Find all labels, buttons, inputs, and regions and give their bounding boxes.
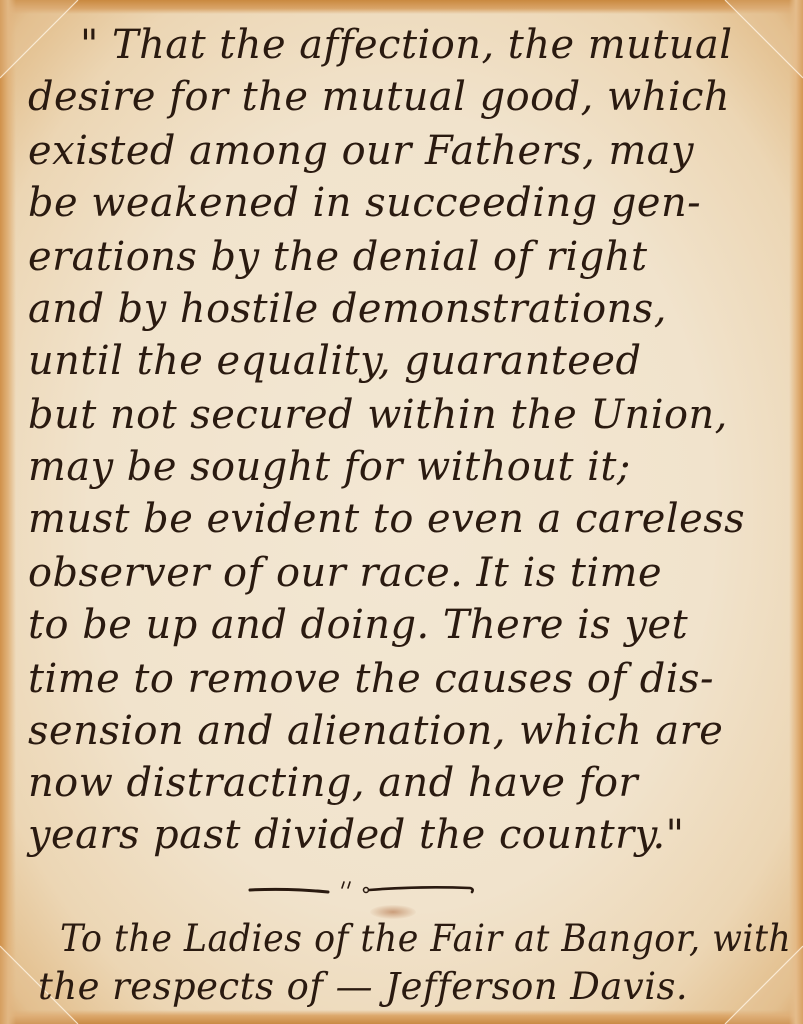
quote-line: existed among our Fathers, may xyxy=(28,126,791,176)
quote-line: years past divided the country." xyxy=(28,810,791,860)
quote-line: now distracting, and have for xyxy=(28,758,791,808)
signature-line: the respects of — Jefferson Davis. xyxy=(38,962,791,1012)
quote-line: desire for the mutual good, which xyxy=(28,72,791,122)
quote-line: until the equality, guaranteed xyxy=(28,336,791,386)
quote-line: sension and alienation, which are xyxy=(28,706,791,756)
quote-line: to be up and doing. There is yet xyxy=(28,600,791,650)
quote-line: observer of our race. It is time xyxy=(28,548,791,598)
quote-line: but not secured within the Union, xyxy=(28,390,791,440)
quote-line: may be sought for without it; xyxy=(28,442,791,492)
manuscript-page: " That the affection, the mutual desire … xyxy=(0,0,803,1024)
quote-line: must be evident to even a careless xyxy=(28,494,791,544)
quote-line: be weakened in succeeding gen- xyxy=(28,178,791,228)
flourish-divider xyxy=(248,876,476,900)
handwritten-text: " That the affection, the mutual desire … xyxy=(0,0,803,1024)
quote-line: time to remove the causes of dis- xyxy=(28,654,791,704)
quote-line: " That the affection, the mutual xyxy=(80,20,791,70)
quote-line: erations by the denial of right xyxy=(28,232,791,282)
dedication-line: To the Ladies of the Fair at Bangor, wit… xyxy=(60,914,750,964)
quote-line: and by hostile demonstrations, xyxy=(28,284,791,334)
